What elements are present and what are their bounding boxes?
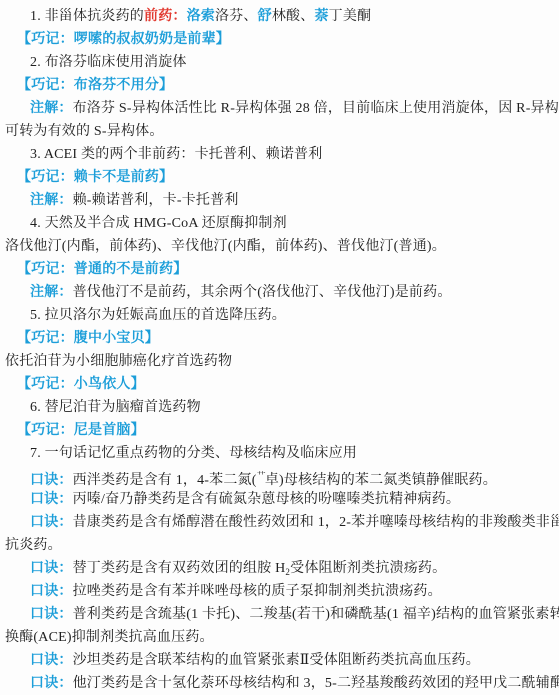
body-text: 他汀类药是含十氢化萘环母核结构和 3，5-二羟基羧酸药效团的羟甲戊二酰辅酶 A <box>73 676 559 691</box>
doc-line: 口诀：西泮类药是含有 1，4-苯二氮(艹卓)母核结构的苯二氮类镇静催眠药。 <box>4 465 555 488</box>
doc-line: 注解：赖-赖诺普利，卡-卡托普利 <box>4 189 555 212</box>
doc-line: 口诀：普利类药是含巯基(1 卡托)、二羧基(若干)和磷酰基(1 福辛)结构的血管… <box>4 603 555 626</box>
doc-line-continuation: 抗炎药。 <box>4 534 555 557</box>
doc-line: 3. ACEI 类的两个非前药：卡托普利、赖诺普利 <box>4 143 555 166</box>
body-text: 布洛芬 S-异构体活性比 R-异构体强 28 倍，目前临床上使用消旋体，因 R-… <box>73 101 559 116</box>
highlight-blue-text: 口诀： <box>30 561 73 576</box>
highlight-blue-text: 【巧记：布洛芬不用分】 <box>17 78 173 93</box>
body-text: 普利类药是含巯基(1 卡托)、二羧基(若干)和磷酰基(1 福辛)结构的血管紧张素… <box>73 607 559 622</box>
doc-line-continuation: 可转为有效的 S-异构体。 <box>4 120 555 143</box>
doc-line: 7. 一句话记忆重点药物的分类、母核结构及临床应用 <box>4 442 555 465</box>
mnemonic-line: 【巧记：腹中小宝贝】 <box>4 327 555 350</box>
body-text: 普伐他汀不是前药，其余两个(洛伐他汀、辛伐他汀)是前药。 <box>73 285 452 300</box>
highlight-blue-text: 【巧记：普通的不是前药】 <box>17 262 187 277</box>
highlight-blue-text: 【巧记：小鸟依人】 <box>17 377 145 392</box>
doc-line: 口诀：他汀类药是含十氢化萘环母核结构和 3，5-二羟基羧酸药效团的羟甲戊二酰辅酶… <box>4 672 555 695</box>
doc-line-continuation: 依托泊苷为小细胞肺癌化疗首选药物 <box>4 350 555 373</box>
body-text: 5. 拉贝洛尔为妊娠高血压的首选降压药。 <box>30 308 286 323</box>
body-text: 换酶(ACE)抑制剂类抗高血压药。 <box>5 630 214 645</box>
highlight-blue-text: 洛索 <box>187 9 215 24</box>
highlight-blue-text: 注解： <box>30 193 73 208</box>
body-text: 受体阻断剂类抗溃疡药。 <box>290 561 446 576</box>
highlight-blue-text: 口诀： <box>30 473 73 488</box>
body-text: 卓)母核结构的苯二氮类镇静催眠药。 <box>265 473 497 488</box>
body-text: 昔康类药是含有烯醇潜在酸性药效团和 1，2-苯并噻嗪母核结构的非羧酸类非甾体 <box>73 515 559 530</box>
body-text: 林酸、 <box>272 9 315 24</box>
highlight-blue-text: 【巧记：啰嗦的叔叔奶奶是前辈】 <box>17 32 230 47</box>
body-text: 丙嗪/奋乃静类药是含有硫氮杂蒽母核的吩噻嗪类抗精神病药。 <box>73 492 461 507</box>
body-text: 拉唑类药是含有苯并咪唑母核的质子泵抑制剂类抗溃疡药。 <box>73 584 442 599</box>
body-text: 赖-赖诺普利，卡-卡托普利 <box>73 193 239 208</box>
highlight-blue-text: 萘 <box>314 9 328 24</box>
doc-line-continuation: 洛伐他汀(内酯，前体药)、辛伐他汀(内酯，前体药)、普伐他汀(普通)。 <box>4 235 555 258</box>
body-text: 4. 天然及半合成 HMG-CoA 还原酶抑制剂 <box>30 216 287 231</box>
mnemonic-line: 【巧记：啰嗦的叔叔奶奶是前辈】 <box>4 28 555 51</box>
mnemonic-line: 【巧记：布洛芬不用分】 <box>4 74 555 97</box>
highlight-blue-text: 口诀： <box>30 515 73 530</box>
body-text: 依托泊苷为小细胞肺癌化疗首选药物 <box>5 354 232 369</box>
body-text: 洛芬、 <box>215 9 258 24</box>
highlight-blue-text: 口诀： <box>30 607 73 622</box>
emphasis-red-text: 前药： <box>144 9 187 24</box>
doc-line: 6. 替尼泊苷为脑瘤首选药物 <box>4 396 555 419</box>
doc-line: 口诀：丙嗪/奋乃静类药是含有硫氮杂蒽母核的吩噻嗪类抗精神病药。 <box>4 488 555 511</box>
mnemonic-line: 【巧记：小鸟依人】 <box>4 373 555 396</box>
doc-line: 口诀：沙坦类药是含联苯结构的血管紧张素Ⅱ受体阻断药类抗高血压药。 <box>4 649 555 672</box>
highlight-blue-text: 舒 <box>258 9 272 24</box>
body-text: 沙坦类药是含联苯结构的血管紧张素Ⅱ受体阻断药类抗高血压药。 <box>73 653 480 668</box>
highlight-blue-text: 注解： <box>30 285 73 300</box>
doc-line-continuation: 换酶(ACE)抑制剂类抗高血压药。 <box>4 626 555 649</box>
doc-line: 5. 拉贝洛尔为妊娠高血压的首选降压药。 <box>4 304 555 327</box>
body-text: 抗炎药。 <box>5 538 62 553</box>
body-text: 3. ACEI 类的两个非前药：卡托普利、赖诺普利 <box>30 147 322 162</box>
doc-line: 注解：布洛芬 S-异构体活性比 R-异构体强 28 倍，目前临床上使用消旋体，因… <box>4 97 555 120</box>
body-text: 7. 一句话记忆重点药物的分类、母核结构及临床应用 <box>30 446 357 461</box>
document-page: 1. 非甾体抗炎药的前药：洛索洛芬、舒林酸、萘丁美酮【巧记：啰嗦的叔叔奶奶是前辈… <box>0 0 559 695</box>
highlight-blue-text: 【巧记：尼是首脑】 <box>17 423 145 438</box>
doc-line: 口诀：昔康类药是含有烯醇潜在酸性药效团和 1，2-苯并噻嗪母核结构的非羧酸类非甾… <box>4 511 555 534</box>
body-text: 6. 替尼泊苷为脑瘤首选药物 <box>30 400 201 415</box>
doc-line: 4. 天然及半合成 HMG-CoA 还原酶抑制剂 <box>4 212 555 235</box>
mnemonic-line: 【巧记：普通的不是前药】 <box>4 258 555 281</box>
mnemonic-line: 【巧记：赖卡不是前药】 <box>4 166 555 189</box>
doc-line: 1. 非甾体抗炎药的前药：洛索洛芬、舒林酸、萘丁美酮 <box>4 5 555 28</box>
mnemonic-line: 【巧记：尼是首脑】 <box>4 419 555 442</box>
highlight-blue-text: 【巧记：赖卡不是前药】 <box>17 170 173 185</box>
highlight-blue-text: 注解： <box>30 101 73 116</box>
doc-line: 2. 布洛芬临床使用消旋体 <box>4 51 555 74</box>
doc-line: 口诀：拉唑类药是含有苯并咪唑母核的质子泵抑制剂类抗溃疡药。 <box>4 580 555 603</box>
highlight-blue-text: 口诀： <box>30 492 73 507</box>
body-text: 2. 布洛芬临床使用消旋体 <box>30 55 187 70</box>
body-text: 丁美酮 <box>329 9 372 24</box>
body-text: 洛伐他汀(内酯，前体药)、辛伐他汀(内酯，前体药)、普伐他汀(普通)。 <box>5 239 446 254</box>
highlight-blue-text: 口诀： <box>30 653 73 668</box>
doc-line: 注解：普伐他汀不是前药，其余两个(洛伐他汀、辛伐他汀)是前药。 <box>4 281 555 304</box>
highlight-blue-text: 口诀： <box>30 584 73 599</box>
body-text: 西泮类药是含有 1，4-苯二氮( <box>73 473 257 488</box>
doc-line: 口诀：替丁类药是含有双药效团的组胺 H2受体阻断剂类抗溃疡药。 <box>4 557 555 580</box>
body-text: 1. 非甾体抗炎药的 <box>30 9 144 24</box>
body-text: 可转为有效的 S-异构体。 <box>5 124 164 139</box>
highlight-blue-text: 【巧记：腹中小宝贝】 <box>17 331 159 346</box>
highlight-blue-text: 口诀： <box>30 676 73 691</box>
body-text: 替丁类药是含有双药效团的组胺 H <box>73 561 286 576</box>
